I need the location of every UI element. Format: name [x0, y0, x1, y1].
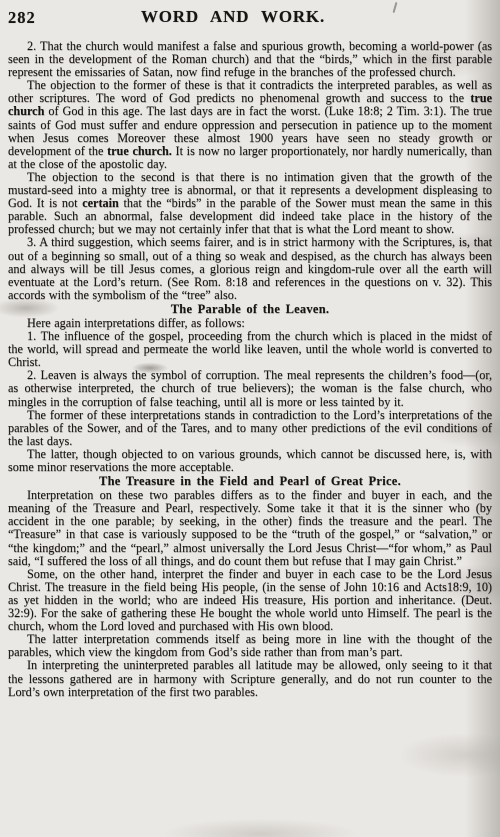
paragraph: The latter, though objected to on variou…	[8, 448, 492, 474]
body-text: The latter interpretation commends itsel…	[8, 632, 492, 659]
body-text: The latter, though objected to on variou…	[8, 447, 492, 474]
body-text: Interpretation on these two parables dif…	[8, 488, 492, 567]
body-text: Some, on the other hand, interpret the f…	[8, 567, 492, 633]
body-text: 2. That the church would manifest a fals…	[8, 39, 492, 79]
journal-title: WORD AND WORK.	[0, 7, 466, 27]
body-text: 3. A third suggestion, which seems faire…	[8, 235, 492, 301]
emphasized-text: certain	[82, 196, 119, 210]
body-text: The objection to the former of these is …	[8, 78, 492, 105]
body-text: 2. Leaven is always the symbol of corrup…	[8, 368, 492, 408]
emphasized-text: true church.	[107, 144, 172, 158]
paragraph: Interpretation on these two parables dif…	[8, 489, 492, 568]
section-heading: The Parable of the Leaven.	[8, 303, 492, 316]
body-text: The former of these interpretations stan…	[8, 408, 492, 448]
paragraph: 1. The influence of the gospel, proceedi…	[8, 330, 492, 369]
paragraph: The objection to the second is that ther…	[8, 171, 492, 236]
paragraph: The latter interpretation commends itsel…	[8, 633, 492, 659]
page-body: 2. That the church would manifest a fals…	[8, 40, 492, 699]
paragraph: In interpreting the uninterpreted parabl…	[8, 659, 492, 698]
body-text: In interpreting the uninterpreted parabl…	[8, 658, 492, 698]
document-page: 282 WORD AND WORK. 2. That the church wo…	[0, 0, 500, 837]
paragraph: The objection to the former of these is …	[8, 79, 492, 171]
paragraph: The former of these interpretations stan…	[8, 409, 492, 448]
paragraph: 2. That the church would manifest a fals…	[8, 40, 492, 79]
body-text: Here again interpretations differ, as fo…	[27, 316, 245, 330]
paragraph: 2. Leaven is always the symbol of corrup…	[8, 369, 492, 408]
section-heading: The Treasure in the Field and Pearl of G…	[8, 475, 492, 488]
paragraph: Some, on the other hand, interpret the f…	[8, 568, 492, 633]
page-header: 282 WORD AND WORK.	[0, 7, 500, 31]
body-text: 1. The influence of the gospel, proceedi…	[8, 329, 492, 369]
paragraph: 3. A third suggestion, which seems faire…	[8, 236, 492, 301]
